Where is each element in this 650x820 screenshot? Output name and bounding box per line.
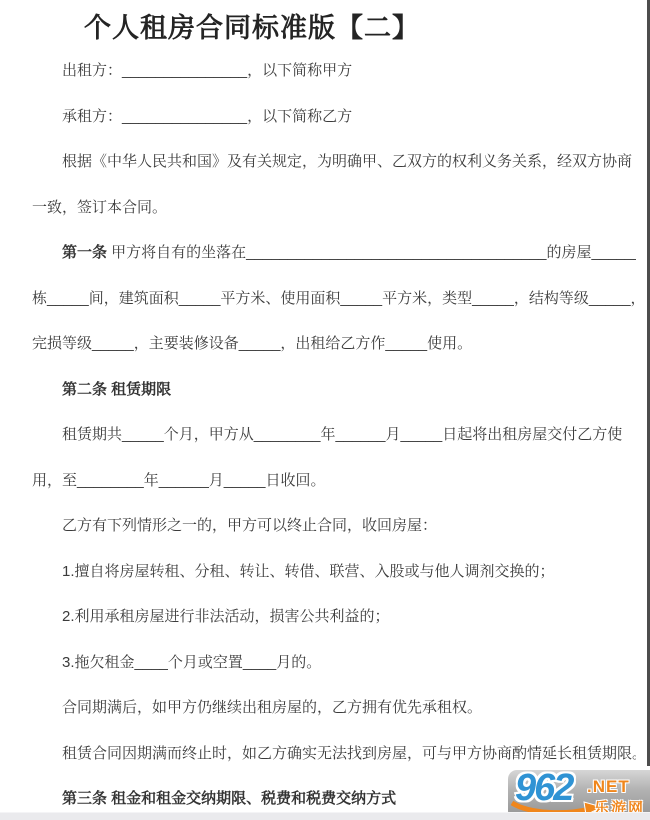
contract-body: 出租方：_______________，以下简称甲方承租方：__________…	[0, 48, 650, 820]
contract-line: 一致，签订本合同。	[32, 185, 636, 231]
line-text: 栋_____间，建筑面积_____平方米、使用面积_____平方米，类型____…	[32, 290, 636, 307]
line-text: 租赁合同因期满而终止时，如乙方确实无法找到房屋，可与甲方协商酌情延长租赁期限。	[62, 745, 636, 762]
line-text: 1.擅自将房屋转租、分租、转让、转借、联营、入股或与他人调剂交换的；	[62, 563, 555, 580]
line-text: 2.利用承租房屋进行非法活动，损害公共利益的；	[62, 608, 390, 625]
line-text: 根据《中华人民共和国》及有关规定，为明确甲、乙双方的权利义务关系，经双方协商	[62, 153, 632, 170]
line-text: 用，至________年______月_____日收回。	[32, 472, 326, 489]
line-text: 乙方有下列情形之一的，甲方可以终止合同，收回房屋：	[62, 517, 437, 534]
clause-heading: 第一条	[62, 244, 107, 261]
contract-line: 租赁期共_____个月，甲方从________年______月_____日起将出…	[32, 412, 636, 458]
contract-line: 1.擅自将房屋转租、分租、转让、转借、联营、入股或与他人调剂交换的；	[32, 549, 636, 595]
watermark-number: 962	[515, 770, 572, 810]
contract-clause-line: 第二条 租赁期限	[32, 367, 636, 413]
clause-heading: 第二条 租赁期限	[62, 381, 171, 398]
contract-line: 合同期满后，如甲方仍继续出租房屋的，乙方拥有优先承租权。	[32, 685, 636, 731]
contract-line: 出租方：_______________，以下简称甲方	[32, 48, 636, 94]
line-text: 3.拖欠租金____个月或空置____月的。	[62, 654, 321, 671]
contract-line: 根据《中华人民共和国》及有关规定，为明确甲、乙双方的权利义务关系，经双方协商	[32, 139, 636, 185]
contract-line: 乙方有下列情形之一的，甲方可以终止合同，收回房屋：	[32, 503, 636, 549]
line-text: 出租方：_______________，以下简称甲方	[62, 62, 352, 79]
line-text: 租赁期共_____个月，甲方从________年______月_____日起将出…	[62, 426, 622, 443]
contract-line: 用，至________年______月_____日收回。	[32, 458, 636, 504]
line-text: 完损等级_____，主要装修设备_____，出租给乙方作_____使用。	[32, 335, 472, 352]
page-title: 个人租房合同标准版【二】	[0, 0, 650, 48]
contract-page: 个人租房合同标准版【二】 出租方：_______________，以下简称甲方承…	[0, 0, 650, 820]
line-text: 一致，签订本合同。	[32, 199, 167, 216]
line-text: 合同期满后，如甲方仍继续出租房屋的，乙方拥有优先承租权。	[62, 699, 482, 716]
contract-line: 2.利用承租房屋进行非法活动，损害公共利益的；	[32, 594, 636, 640]
line-text: 甲方将自有的坐落在_______________________________…	[107, 244, 636, 261]
contract-line: 完损等级_____，主要装修设备_____，出租给乙方作_____使用。	[32, 321, 636, 367]
watermark-tld: .NET	[587, 777, 630, 797]
contract-line: 栋_____间，建筑面积_____平方米、使用面积_____平方米，类型____…	[32, 276, 636, 322]
line-text: 承租方：_______________，以下简称乙方	[62, 108, 352, 125]
clause-heading: 第三条 租金和租金交纳期限、税费和税费交纳方式	[62, 790, 396, 807]
contract-line: 3.拖欠租金____个月或空置____月的。	[32, 640, 636, 686]
contract-line: 承租方：_______________，以下简称乙方	[32, 94, 636, 140]
contract-clause-line: 第一条 甲方将自有的坐落在___________________________…	[32, 230, 636, 276]
bottom-strip	[0, 812, 650, 820]
